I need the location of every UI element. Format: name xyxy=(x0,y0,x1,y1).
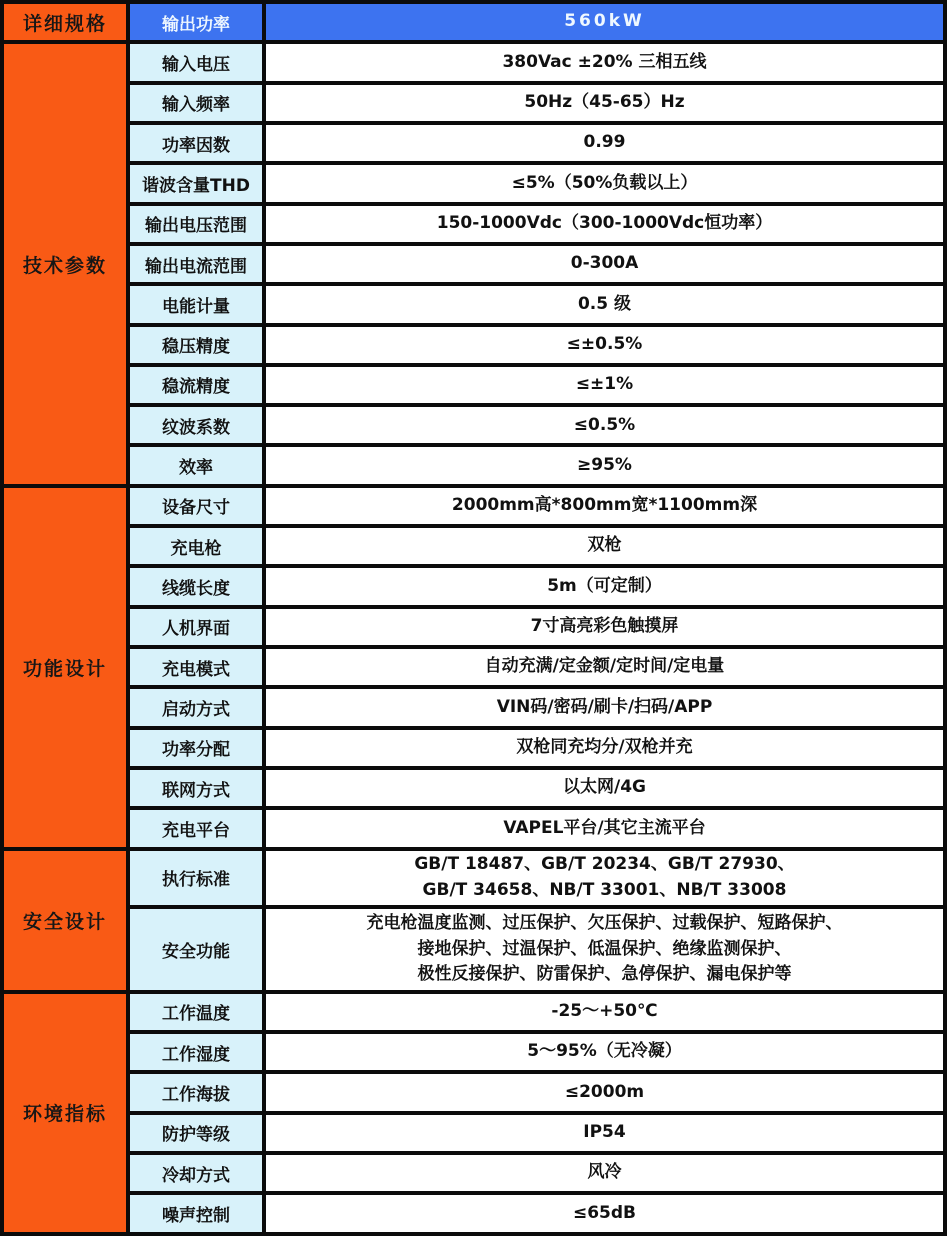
value-cell: 以太网/4G xyxy=(264,768,945,808)
spec-sheet-page: 详细规格 输出功率 560kW 技术参数 输入电压 380Vac ±20% 三相… xyxy=(0,0,947,1239)
param-cell: 纹波系数 xyxy=(128,405,264,445)
table-row: 充电枪 双枪 xyxy=(2,526,945,566)
value-cell: 7寸高亮彩色触摸屏 xyxy=(264,607,945,647)
table-row: 谐波含量THD ≤5%（50%负载以上） xyxy=(2,163,945,203)
table-row: 纹波系数 ≤0.5% xyxy=(2,405,945,445)
value-cell: 5～95%（无冷凝） xyxy=(264,1032,945,1072)
table-row: 充电平台 VAPEL平台/其它主流平台 xyxy=(2,808,945,848)
table-row: 安全设计 执行标准 GB/T 18487、GB/T 20234、GB/T 279… xyxy=(2,849,945,907)
param-cell: 线缆长度 xyxy=(128,566,264,606)
value-cell: ≥95% xyxy=(264,445,945,485)
section-title-technical: 技术参数 xyxy=(2,42,128,485)
table-row: 线缆长度 5m（可定制） xyxy=(2,566,945,606)
param-cell: 输出电压范围 xyxy=(128,204,264,244)
param-cell: 谐波含量THD xyxy=(128,163,264,203)
table-row: 工作湿度 5～95%（无冷凝） xyxy=(2,1032,945,1072)
table-row: 稳压精度 ≤±0.5% xyxy=(2,325,945,365)
table-row: 启动方式 VIN码/密码/刷卡/扫码/APP xyxy=(2,687,945,727)
section-title-details: 详细规格 xyxy=(2,2,128,42)
param-cell: 充电平台 xyxy=(128,808,264,848)
param-cell: 功率分配 xyxy=(128,728,264,768)
param-cell: 联网方式 xyxy=(128,768,264,808)
value-cell: 0.5 级 xyxy=(264,284,945,324)
param-cell: 输入频率 xyxy=(128,83,264,123)
table-row: 工作海拔 ≤2000m xyxy=(2,1072,945,1112)
value-cell: ≤65dB xyxy=(264,1193,945,1234)
param-cell: 电能计量 xyxy=(128,284,264,324)
param-cell: 稳流精度 xyxy=(128,365,264,405)
table-row: 环境指标 工作温度 -25～+50℃ xyxy=(2,992,945,1032)
value-output-power: 560kW xyxy=(264,2,945,42)
table-row: 输入频率 50Hz（45-65）Hz xyxy=(2,83,945,123)
table-row: 功率因数 0.99 xyxy=(2,123,945,163)
value-cell: 2000mm高*800mm宽*1100mm深 xyxy=(264,486,945,526)
section-title-environment: 环境指标 xyxy=(2,992,128,1234)
table-row: 输出电流范围 0-300A xyxy=(2,244,945,284)
table-row: 功能设计 设备尺寸 2000mm高*800mm宽*1100mm深 xyxy=(2,486,945,526)
param-cell: 效率 xyxy=(128,445,264,485)
value-cell: VAPEL平台/其它主流平台 xyxy=(264,808,945,848)
table-row: 功率分配 双枪同充均分/双枪并充 xyxy=(2,728,945,768)
table-row: 人机界面 7寸高亮彩色触摸屏 xyxy=(2,607,945,647)
param-output-power: 输出功率 xyxy=(128,2,264,42)
value-cell: ≤5%（50%负载以上） xyxy=(264,163,945,203)
param-cell: 冷却方式 xyxy=(128,1153,264,1193)
value-cell: 双枪 xyxy=(264,526,945,566)
param-cell: 输入电压 xyxy=(128,42,264,82)
param-cell: 设备尺寸 xyxy=(128,486,264,526)
value-cell: 双枪同充均分/双枪并充 xyxy=(264,728,945,768)
param-cell: 工作湿度 xyxy=(128,1032,264,1072)
param-cell: 功率因数 xyxy=(128,123,264,163)
value-cell: 0-300A xyxy=(264,244,945,284)
table-row: 技术参数 输入电压 380Vac ±20% 三相五线 xyxy=(2,42,945,82)
value-cell: 50Hz（45-65）Hz xyxy=(264,83,945,123)
param-cell: 执行标准 xyxy=(128,849,264,907)
param-cell: 工作温度 xyxy=(128,992,264,1032)
header-row: 详细规格 输出功率 560kW xyxy=(2,2,945,42)
section-title-safety: 安全设计 xyxy=(2,849,128,992)
table-row: 冷却方式 风冷 xyxy=(2,1153,945,1193)
value-cell: ≤±1% xyxy=(264,365,945,405)
value-cell: ≤0.5% xyxy=(264,405,945,445)
param-cell: 充电模式 xyxy=(128,647,264,687)
param-cell: 噪声控制 xyxy=(128,1193,264,1234)
param-cell: 稳压精度 xyxy=(128,325,264,365)
table-row: 充电模式 自动充满/定金额/定时间/定电量 xyxy=(2,647,945,687)
value-cell: GB/T 18487、GB/T 20234、GB/T 27930、 GB/T 3… xyxy=(264,849,945,907)
value-cell: 0.99 xyxy=(264,123,945,163)
table-row: 防护等级 IP54 xyxy=(2,1113,945,1153)
param-cell: 启动方式 xyxy=(128,687,264,727)
value-cell: ≤±0.5% xyxy=(264,325,945,365)
table-row: 电能计量 0.5 级 xyxy=(2,284,945,324)
table-row: 噪声控制 ≤65dB xyxy=(2,1193,945,1234)
table-row: 稳流精度 ≤±1% xyxy=(2,365,945,405)
param-cell: 充电枪 xyxy=(128,526,264,566)
spec-table: 详细规格 输出功率 560kW 技术参数 输入电压 380Vac ±20% 三相… xyxy=(0,0,947,1236)
section-title-function: 功能设计 xyxy=(2,486,128,849)
param-cell: 防护等级 xyxy=(128,1113,264,1153)
param-cell: 工作海拔 xyxy=(128,1072,264,1112)
value-cell: 风冷 xyxy=(264,1153,945,1193)
value-cell: 150-1000Vdc（300-1000Vdc恒功率） xyxy=(264,204,945,244)
param-cell: 安全功能 xyxy=(128,907,264,992)
table-row: 安全功能 充电枪温度监测、过压保护、欠压保护、过载保护、短路保护、 接地保护、过… xyxy=(2,907,945,992)
param-cell: 人机界面 xyxy=(128,607,264,647)
table-row: 输出电压范围 150-1000Vdc（300-1000Vdc恒功率） xyxy=(2,204,945,244)
table-row: 效率 ≥95% xyxy=(2,445,945,485)
value-cell: 5m（可定制） xyxy=(264,566,945,606)
value-cell: 380Vac ±20% 三相五线 xyxy=(264,42,945,82)
value-cell: 充电枪温度监测、过压保护、欠压保护、过载保护、短路保护、 接地保护、过温保护、低… xyxy=(264,907,945,992)
value-cell: 自动充满/定金额/定时间/定电量 xyxy=(264,647,945,687)
table-row: 联网方式 以太网/4G xyxy=(2,768,945,808)
param-cell: 输出电流范围 xyxy=(128,244,264,284)
value-cell: IP54 xyxy=(264,1113,945,1153)
value-cell: VIN码/密码/刷卡/扫码/APP xyxy=(264,687,945,727)
value-cell: ≤2000m xyxy=(264,1072,945,1112)
value-cell: -25～+50℃ xyxy=(264,992,945,1032)
